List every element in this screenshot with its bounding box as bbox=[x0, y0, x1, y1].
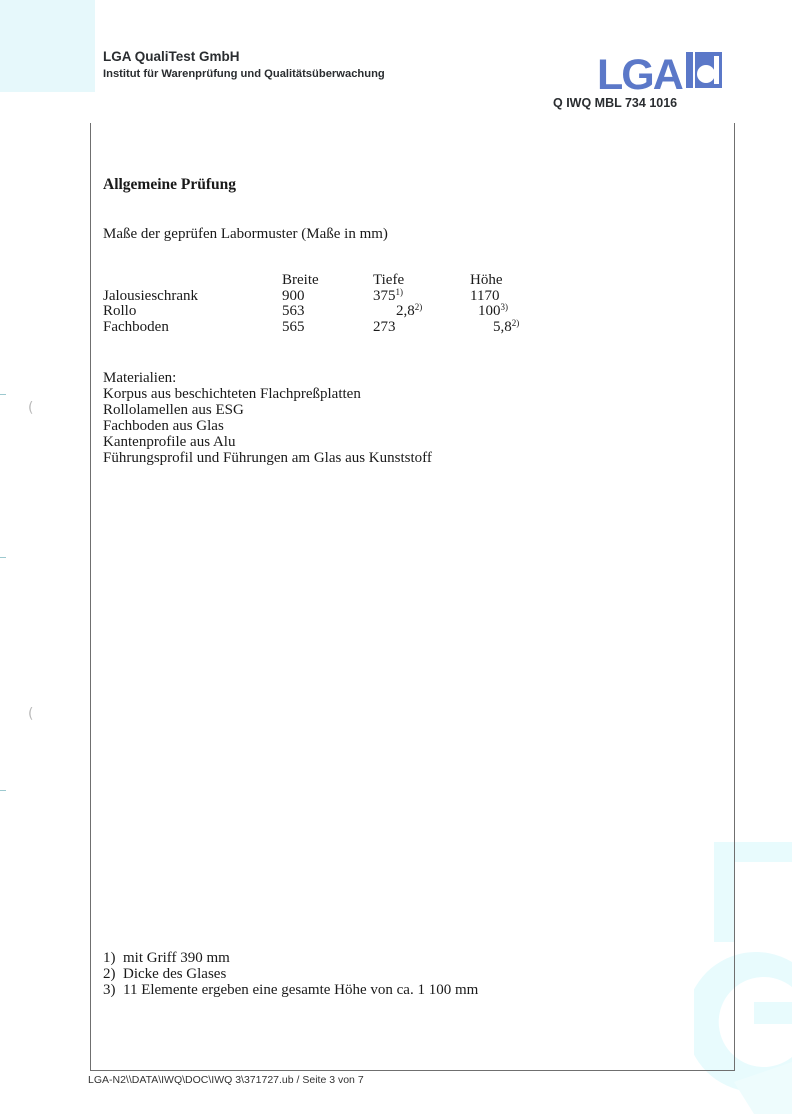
hoehe-value: 1170 bbox=[470, 288, 499, 304]
material-item: Fachboden aus Glas bbox=[103, 418, 432, 434]
footnote: 2)Dicke des Glases bbox=[103, 966, 478, 982]
company-subtitle: Institut für Warenprüfung und Qualitätsü… bbox=[103, 67, 385, 82]
company-block: LGA QualiTest GmbH Institut für Warenprü… bbox=[103, 48, 385, 82]
tiefe-value: 2,8 bbox=[396, 303, 415, 319]
materials-title: Materialien: bbox=[103, 370, 432, 386]
page-number: Seite 3 von 7 bbox=[302, 1074, 363, 1086]
hoehe-value: 5,8 bbox=[493, 319, 512, 335]
footnote: 3)11 Elemente ergeben eine gesamte Höhe … bbox=[103, 982, 478, 998]
footnote-number: 1) bbox=[103, 950, 123, 966]
intro-text: Maße der geprüfen Labormuster (Maße in m… bbox=[103, 226, 388, 243]
material-item: Kantenprofile aus Alu bbox=[103, 434, 432, 450]
footnote-number: 3) bbox=[103, 982, 123, 998]
tiefe-value: 273 bbox=[373, 319, 396, 335]
material-item: Korpus aus beschichteten Flachpreßplatte… bbox=[103, 386, 432, 402]
page-frame bbox=[90, 123, 735, 1071]
margin-tick bbox=[0, 394, 6, 395]
footnote-ref: 2) bbox=[415, 302, 423, 312]
hoehe-cell: 5,82) bbox=[493, 320, 519, 336]
punch-mark: ( bbox=[28, 706, 33, 722]
tiefe-cell: 2,82) bbox=[396, 304, 422, 320]
hoehe-value: 100 bbox=[478, 303, 501, 319]
lga-logo: LGA bbox=[597, 55, 722, 93]
column-header: Höhe bbox=[470, 273, 503, 289]
footnote-ref: 1) bbox=[396, 287, 404, 297]
punch-mark: ( bbox=[28, 400, 33, 416]
file-path: LGA-N2\\DATA\IWQ\DOC\IWQ 3\371727.ub / bbox=[88, 1074, 299, 1086]
row-label: Fachboden bbox=[103, 320, 169, 336]
hoehe-cell: 1003) bbox=[478, 304, 508, 320]
margin-tick bbox=[0, 790, 6, 791]
row-label: Jalousieschrank bbox=[103, 289, 198, 305]
footnote-ref: 3) bbox=[501, 302, 509, 312]
page-footer: LGA-N2\\DATA\IWQ\DOC\IWQ 3\371727.ub / S… bbox=[88, 1074, 364, 1086]
material-item: Führungsprofil und Führungen am Glas aus… bbox=[103, 450, 432, 466]
footnote-text: mit Griff 390 mm bbox=[123, 950, 230, 966]
breite-value: 563 bbox=[282, 304, 305, 320]
section-heading: Allgemeine Prüfung bbox=[103, 176, 236, 194]
breite-value: 565 bbox=[282, 320, 305, 336]
tiefe-cell: 3751) bbox=[373, 289, 403, 305]
footnotes: 1)mit Griff 390 mm 2)Dicke des Glases 3)… bbox=[103, 950, 478, 998]
row-label: Rollo bbox=[103, 304, 136, 320]
footnote-text: 11 Elemente ergeben eine gesamte Höhe vo… bbox=[123, 982, 478, 998]
logo-text: LGA bbox=[597, 57, 682, 93]
hoehe-cell: 1170 bbox=[470, 289, 499, 305]
document-reference: Q IWQ MBL 734 1016 bbox=[553, 96, 677, 110]
watermark-block bbox=[0, 0, 95, 92]
tiefe-value: 375 bbox=[373, 288, 396, 304]
footnote-text: Dicke des Glases bbox=[123, 966, 226, 982]
breite-value: 900 bbox=[282, 289, 305, 305]
column-header: Breite bbox=[282, 273, 319, 289]
footnote-ref: 2) bbox=[512, 318, 520, 328]
margin-tick bbox=[0, 557, 6, 558]
footnote: 1)mit Griff 390 mm bbox=[103, 950, 478, 966]
logo-mark-icon bbox=[686, 52, 722, 93]
footnote-number: 2) bbox=[103, 966, 123, 982]
material-item: Rollolamellen aus ESG bbox=[103, 402, 432, 418]
company-name: LGA QualiTest GmbH bbox=[103, 48, 385, 65]
tiefe-cell: 273 bbox=[373, 320, 396, 336]
materials-list: Materialien: Korpus aus beschichteten Fl… bbox=[103, 370, 432, 466]
